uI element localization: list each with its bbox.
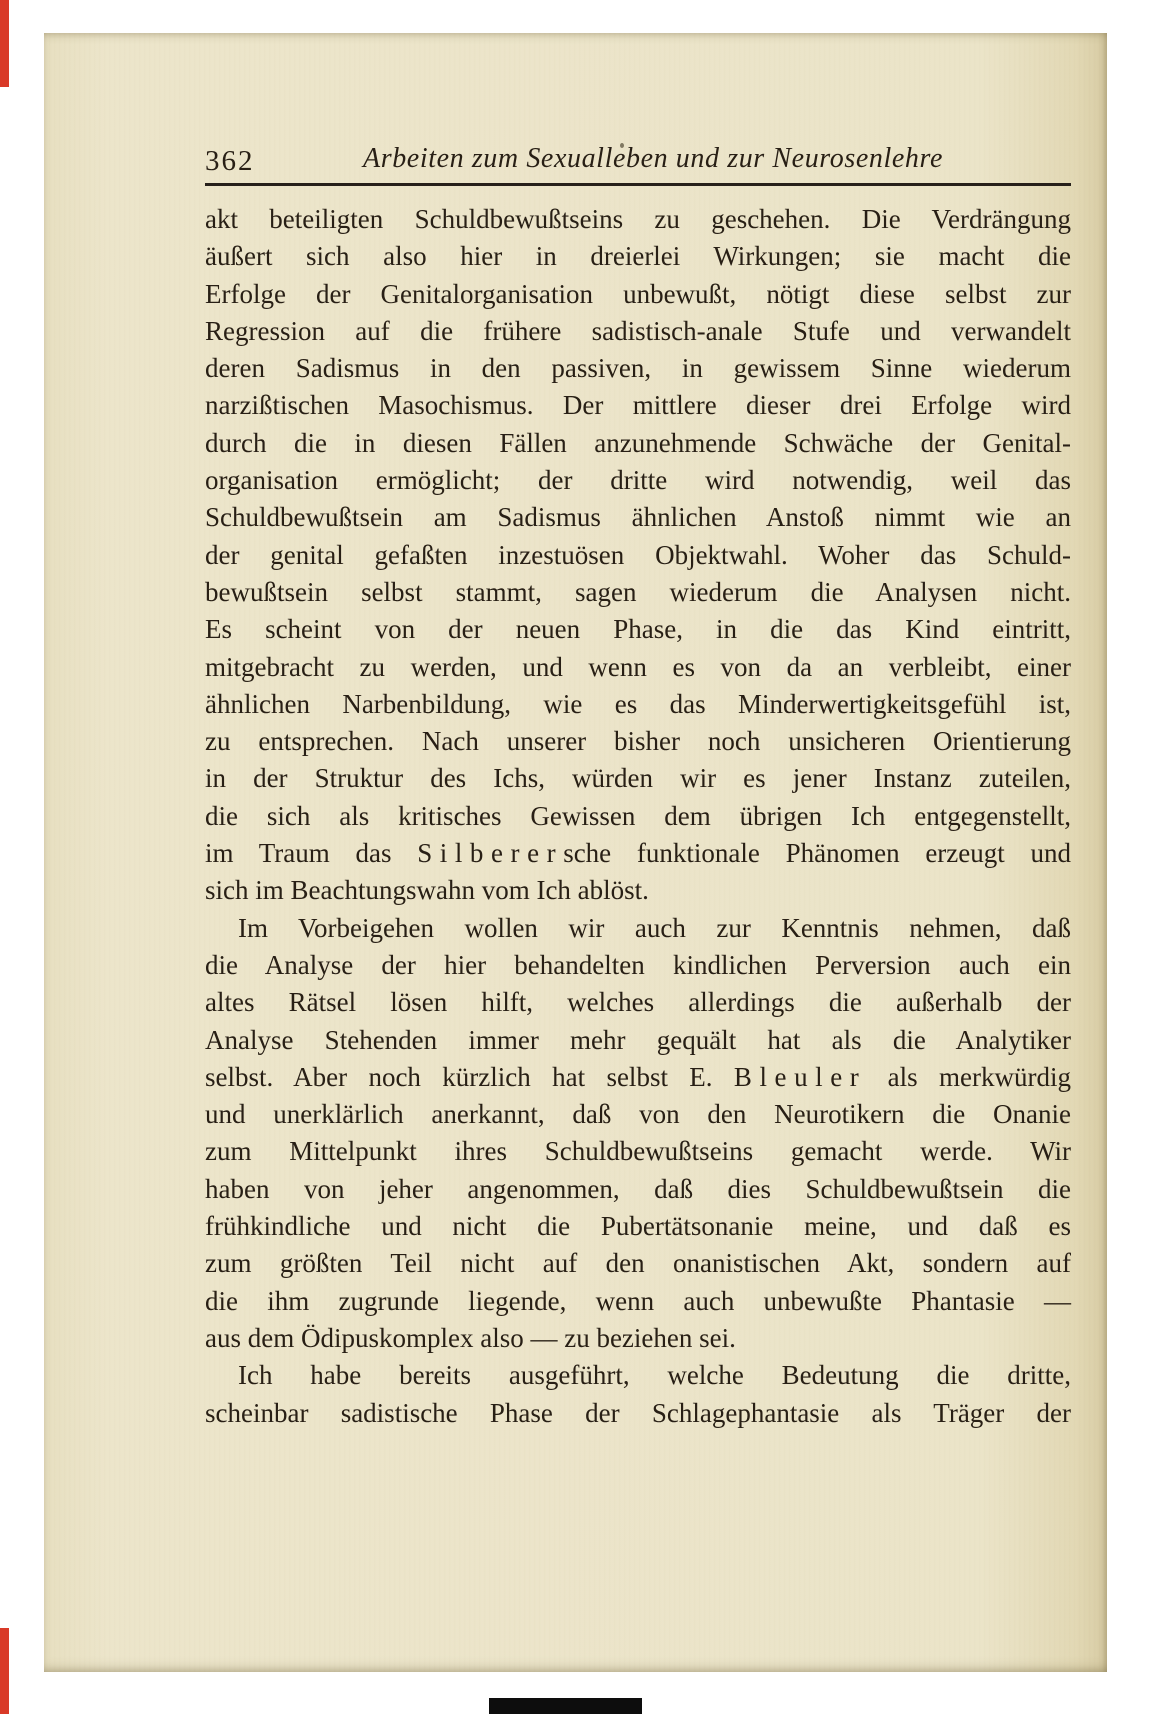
letterspaced-name: Silberer xyxy=(417,838,563,868)
text-segment: altes Rätsel lösen hilft, welches allerd… xyxy=(205,987,1071,1017)
text-line: narzißtischen Masochismus. Der mittlere … xyxy=(205,387,1071,424)
text-segment: sche funktionale Phänomen erzeugt und xyxy=(563,838,1071,868)
letterspaced-name: Bleuler xyxy=(734,1062,866,1092)
text-line: scheinbar sadistische Phase der Schlagep… xyxy=(205,1395,1071,1432)
text-segment: sich im Beachtungswahn vom Ich ablöst. xyxy=(205,875,649,905)
text-line: äußert sich also hier in dreierlei Wirku… xyxy=(205,238,1071,275)
paragraph: Ich habe bereits ausgeführt, welche Bede… xyxy=(205,1357,1071,1432)
header-rule xyxy=(205,183,1071,186)
page-header: 362 Arbeiten zum Sexualleben und zur Neu… xyxy=(205,143,1071,180)
text-segment: deren Sadismus in den passiven, in gewis… xyxy=(205,353,1071,383)
text-line: Schuldbewußtsein am Sadismus ähnlichen A… xyxy=(205,499,1071,536)
text-line: zu entsprechen. Nach unserer bisher noch… xyxy=(205,723,1071,760)
text-segment: der genital gefaßten inzestuösen Objektw… xyxy=(205,540,1071,570)
text-line: akt beteiligten Schuldbewußtseins zu ges… xyxy=(205,201,1071,238)
text-line: im Traum das Silberersche funktionale Ph… xyxy=(205,835,1071,872)
text-line: Analyse Stehenden immer mehr gequält hat… xyxy=(205,1022,1071,1059)
text-line: durch die in diesen Fällen anzunehmende … xyxy=(205,425,1071,462)
text-line: die sich als kritisches Gewissen dem übr… xyxy=(205,798,1071,835)
text-line: deren Sadismus in den passiven, in gewis… xyxy=(205,350,1071,387)
text-line: ähnlichen Narbenbildung, wie es das Mind… xyxy=(205,686,1071,723)
spine-red-marker-top xyxy=(0,0,9,87)
text-segment: die sich als kritisches Gewissen dem übr… xyxy=(205,801,1071,831)
text-segment: in der Struktur des Ichs, würden wir es … xyxy=(205,763,1071,793)
body-text: akt beteiligten Schuldbewußtseins zu ges… xyxy=(205,201,1071,1432)
text-segment: äußert sich also hier in dreierlei Wirku… xyxy=(205,241,1071,271)
paragraph: akt beteiligten Schuldbewußtseins zu ges… xyxy=(205,201,1071,910)
text-segment: bewußtsein selbst stammt, sagen wiederum… xyxy=(205,577,1071,607)
scan-black-bar xyxy=(489,1698,642,1714)
text-segment: mitgebracht zu werden, und wenn es von d… xyxy=(205,652,1071,682)
text-segment: selbst. Aber noch kürzlich hat selbst E. xyxy=(205,1062,734,1092)
paragraph: Im Vorbeigehen wollen wir auch zur Kennt… xyxy=(205,910,1071,1358)
text-segment: Schuldbewußtsein am Sadismus ähnlichen A… xyxy=(205,502,1071,532)
text-segment: haben von jeher angenommen, daß dies Sch… xyxy=(205,1174,1071,1204)
text-segment: die ihm zugrunde liegende, wenn auch unb… xyxy=(205,1286,1071,1316)
text-segment: Erfolge der Genitalorganisation unbewußt… xyxy=(205,279,1071,309)
running-head-title: Arbeiten zum Sexualleben und zur Neurose… xyxy=(205,143,1071,175)
text-line: haben von jeher angenommen, daß dies Sch… xyxy=(205,1171,1071,1208)
text-segment: im Traum das xyxy=(205,838,417,868)
text-segment: die Analyse der hier behandelten kindlic… xyxy=(205,950,1071,980)
text-line: zum Mittelpunkt ihres Schuldbewußtseins … xyxy=(205,1133,1071,1170)
text-line: selbst. Aber noch kürzlich hat selbst E.… xyxy=(205,1059,1071,1096)
text-segment: als merkwürdig xyxy=(866,1062,1071,1092)
text-segment: scheinbar sadistische Phase der Schlagep… xyxy=(205,1398,1071,1428)
text-line: der genital gefaßten inzestuösen Objektw… xyxy=(205,537,1071,574)
spine-red-marker-bottom xyxy=(0,1628,9,1714)
text-line: und unerklärlich anerkannt, daß von den … xyxy=(205,1096,1071,1133)
text-line: Im Vorbeigehen wollen wir auch zur Kennt… xyxy=(205,910,1071,947)
text-segment: zum Mittelpunkt ihres Schuldbewußtseins … xyxy=(205,1136,1071,1166)
text-line: sich im Beachtungswahn vom Ich ablöst. xyxy=(205,872,1071,909)
text-segment: Regression auf die frühere sadistisch-an… xyxy=(205,316,1071,346)
text-segment: Ich habe bereits ausgeführt, welche Bede… xyxy=(238,1360,1071,1390)
text-line: in der Struktur des Ichs, würden wir es … xyxy=(205,760,1071,797)
text-column: 362 Arbeiten zum Sexualleben und zur Neu… xyxy=(205,143,1071,1432)
text-line: Regression auf die frühere sadistisch-an… xyxy=(205,313,1071,350)
text-segment: Es scheint von der neuen Phase, in die d… xyxy=(205,614,1071,644)
text-line: Ich habe bereits ausgeführt, welche Bede… xyxy=(205,1357,1071,1394)
page-number: 362 xyxy=(205,145,255,178)
text-line: altes Rätsel lösen hilft, welches allerd… xyxy=(205,984,1071,1021)
text-segment: narzißtischen Masochismus. Der mittlere … xyxy=(205,390,1071,420)
text-line: organisation ermöglicht; der dritte wird… xyxy=(205,462,1071,499)
text-segment: aus dem Ödipuskomplex also — zu beziehen… xyxy=(205,1323,736,1353)
text-line: mitgebracht zu werden, und wenn es von d… xyxy=(205,649,1071,686)
text-segment: organisation ermöglicht; der dritte wird… xyxy=(205,465,1071,495)
text-line: frühkindliche und nicht die Pubertätsona… xyxy=(205,1208,1071,1245)
text-segment: und unerklärlich anerkannt, daß von den … xyxy=(205,1099,1071,1129)
text-segment: akt beteiligten Schuldbewußtseins zu ges… xyxy=(205,204,1071,234)
text-line: die Analyse der hier behandelten kindlic… xyxy=(205,947,1071,984)
text-segment: durch die in diesen Fällen anzunehmende … xyxy=(205,428,1071,458)
text-segment: Im Vorbeigehen wollen wir auch zur Kennt… xyxy=(238,913,1071,943)
text-segment: ähnlichen Narbenbildung, wie es das Mind… xyxy=(205,689,1071,719)
text-segment: Analyse Stehenden immer mehr gequält hat… xyxy=(205,1025,1071,1055)
scanned-document-viewer: { "scan": { "page_number": "362", "runni… xyxy=(0,0,1151,1714)
text-segment: frühkindliche und nicht die Pubertätsona… xyxy=(205,1211,1071,1241)
text-line: aus dem Ödipuskomplex also — zu beziehen… xyxy=(205,1320,1071,1357)
text-segment: zum größten Teil nicht auf den onanistis… xyxy=(205,1248,1071,1278)
text-line: die ihm zugrunde liegende, wenn auch unb… xyxy=(205,1283,1071,1320)
text-line: zum größten Teil nicht auf den onanistis… xyxy=(205,1245,1071,1282)
text-line: bewußtsein selbst stammt, sagen wiederum… xyxy=(205,574,1071,611)
book-page: 362 Arbeiten zum Sexualleben und zur Neu… xyxy=(44,33,1107,1672)
text-line: Es scheint von der neuen Phase, in die d… xyxy=(205,611,1071,648)
text-segment: zu entsprechen. Nach unserer bisher noch… xyxy=(205,726,1071,756)
text-line: Erfolge der Genitalorganisation unbewußt… xyxy=(205,276,1071,313)
